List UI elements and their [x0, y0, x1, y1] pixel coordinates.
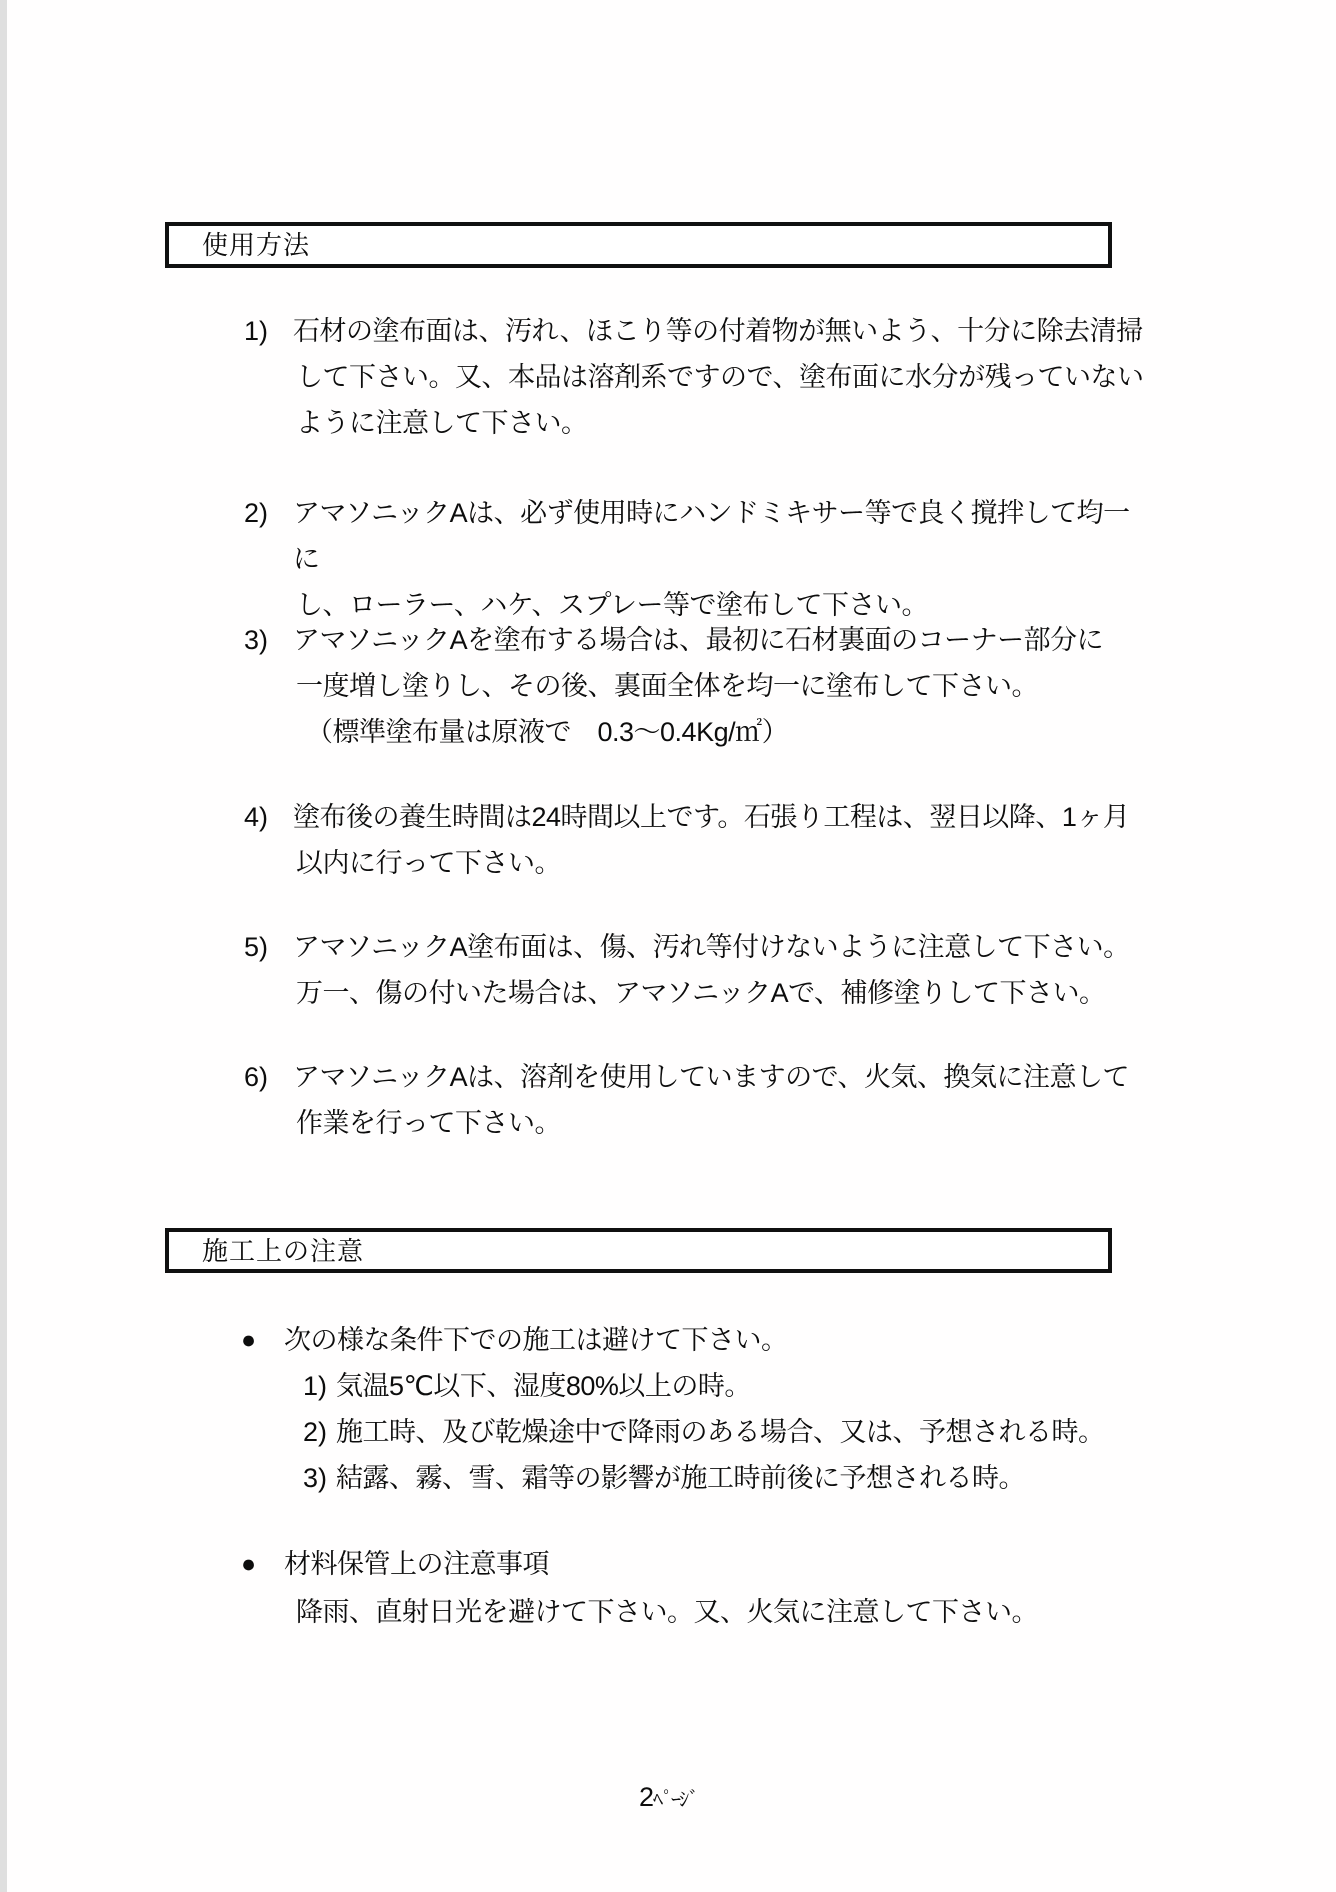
- scan-edge-artifact: [0, 0, 7, 1892]
- usage-item-6: 6) アマソニックAは、溶剤を使用していますので、火気、換気に注意して 作業を行…: [244, 1054, 1144, 1146]
- sub-item-number: 3): [303, 1455, 336, 1501]
- usage-item-2: 2) アマソニックAは、必ず使用時にハンドミキサー等で良く撹拌して均一に し、ロ…: [244, 490, 1144, 628]
- precaution-sub-list: 1) 気温5℃以下、湿度80%以上の時。 2) 施工時、及び乾燥途中で降雨のある…: [303, 1363, 1143, 1501]
- precaution-sub-item-1: 1) 気温5℃以下、湿度80%以上の時。: [303, 1363, 1143, 1409]
- list-item-text: アマソニックAは、溶剤を使用していますので、火気、換気に注意して: [293, 1054, 1129, 1100]
- sub-item-number: 2): [303, 1409, 336, 1455]
- usage-item-5-line-1: 5) アマソニックA塗布面は、傷、汚れ等付けないように注意して下さい。: [244, 924, 1144, 970]
- precaution-bullet-2: ● 材料保管上の注意事項: [241, 1544, 1141, 1584]
- usage-item-5: 5) アマソニックA塗布面は、傷、汚れ等付けないように注意して下さい。 万一、傷…: [244, 924, 1144, 1016]
- list-item-number: 2): [244, 490, 293, 582]
- precaution-bullet-1-text: 次の様な条件下での施工は避けて下さい。: [284, 1320, 788, 1360]
- usage-item-5-line-2: 万一、傷の付いた場合は、アマソニックAで、補修塗りして下さい。: [244, 970, 1144, 1016]
- usage-item-4-line-2: 以内に行って下さい。: [244, 840, 1144, 886]
- list-item-number: 1): [244, 308, 293, 354]
- usage-item-3-line-2: 一度増し塗りし、その後、裏面全体を均一に塗布して下さい。: [244, 663, 1144, 709]
- usage-item-6-line-2: 作業を行って下さい。: [244, 1100, 1144, 1146]
- bullet-icon: ●: [241, 1544, 284, 1584]
- list-item-text: アマソニックA塗布面は、傷、汚れ等付けないように注意して下さい。: [293, 924, 1130, 970]
- sub-item-text: 気温5℃以下、湿度80%以上の時。: [336, 1363, 751, 1409]
- list-item-number: 4): [244, 794, 293, 840]
- usage-item-1: 1) 石材の塗布面は、汚れ、ほこり等の付着物が無いよう、十分に除去清掃 して下さ…: [244, 308, 1144, 446]
- usage-item-6-line-1: 6) アマソニックAは、溶剤を使用していますので、火気、換気に注意して: [244, 1054, 1144, 1100]
- list-item-text: 塗布後の養生時間は24時間以上です。石張り工程は、翌日以降、1ヶ月: [293, 794, 1129, 840]
- page-footer: 2ﾍﾟｰｼﾞ: [0, 1782, 1336, 1813]
- section-title-precautions: 施工上の注意: [169, 1232, 1108, 1270]
- usage-item-4: 4) 塗布後の養生時間は24時間以上です。石張り工程は、翌日以降、1ヶ月 以内に…: [244, 794, 1144, 886]
- document-page: 使用方法 1) 石材の塗布面は、汚れ、ほこり等の付着物が無いよう、十分に除去清掃…: [0, 0, 1336, 1892]
- precaution-sub-item-2: 2) 施工時、及び乾燥途中で降雨のある場合、又は、予想される時。: [303, 1409, 1143, 1455]
- page-number-unit: ﾍﾟｰｼﾞ: [653, 1789, 697, 1811]
- page-number: 2: [639, 1782, 653, 1812]
- precaution-bullet-2-line: 降雨、直射日光を避けて下さい。又、火気に注意して下さい。: [296, 1592, 1136, 1632]
- sub-item-text: 結露、霧、雪、霜等の影響が施工時前後に予想される時。: [336, 1455, 1025, 1501]
- sub-item-text: 施工時、及び乾燥途中で降雨のある場合、又は、予想される時。: [336, 1409, 1105, 1455]
- list-item-number: 5): [244, 924, 293, 970]
- usage-item-1-line-3: ように注意して下さい。: [244, 400, 1144, 446]
- precaution-bullet-2-text: 材料保管上の注意事項: [284, 1544, 549, 1584]
- list-item-number: 6): [244, 1054, 293, 1100]
- section-header-usage: 使用方法: [165, 222, 1112, 268]
- usage-item-3: 3) アマソニックAを塗布する場合は、最初に石材裏面のコーナー部分に 一度増し塗…: [244, 617, 1144, 755]
- usage-item-1-line-2: して下さい。又、本品は溶剤系ですので、塗布面に水分が残っていない: [244, 354, 1144, 400]
- usage-item-3-line-3: （標準塗布量は原液で 0.3～0.4Kg/㎡）: [244, 709, 1144, 755]
- section-title-usage: 使用方法: [169, 226, 1108, 264]
- section-header-precautions: 施工上の注意: [165, 1228, 1112, 1273]
- precaution-sub-item-3: 3) 結露、霧、雪、霜等の影響が施工時前後に予想される時。: [303, 1455, 1143, 1501]
- precaution-bullet-1: ● 次の様な条件下での施工は避けて下さい。: [241, 1320, 1141, 1360]
- usage-item-4-line-1: 4) 塗布後の養生時間は24時間以上です。石張り工程は、翌日以降、1ヶ月: [244, 794, 1144, 840]
- list-item-text: アマソニックAは、必ず使用時にハンドミキサー等で良く撹拌して均一に: [293, 490, 1144, 582]
- list-item-text: アマソニックAを塗布する場合は、最初に石材裏面のコーナー部分に: [293, 617, 1103, 663]
- bullet-icon: ●: [241, 1320, 284, 1360]
- usage-item-1-line-1: 1) 石材の塗布面は、汚れ、ほこり等の付着物が無いよう、十分に除去清掃: [244, 308, 1144, 354]
- sub-item-number: 1): [303, 1363, 336, 1409]
- list-item-text: 石材の塗布面は、汚れ、ほこり等の付着物が無いよう、十分に除去清掃: [293, 308, 1143, 354]
- usage-item-2-line-1: 2) アマソニックAは、必ず使用時にハンドミキサー等で良く撹拌して均一に: [244, 490, 1144, 582]
- list-item-number: 3): [244, 617, 293, 663]
- usage-item-3-line-1: 3) アマソニックAを塗布する場合は、最初に石材裏面のコーナー部分に: [244, 617, 1144, 663]
